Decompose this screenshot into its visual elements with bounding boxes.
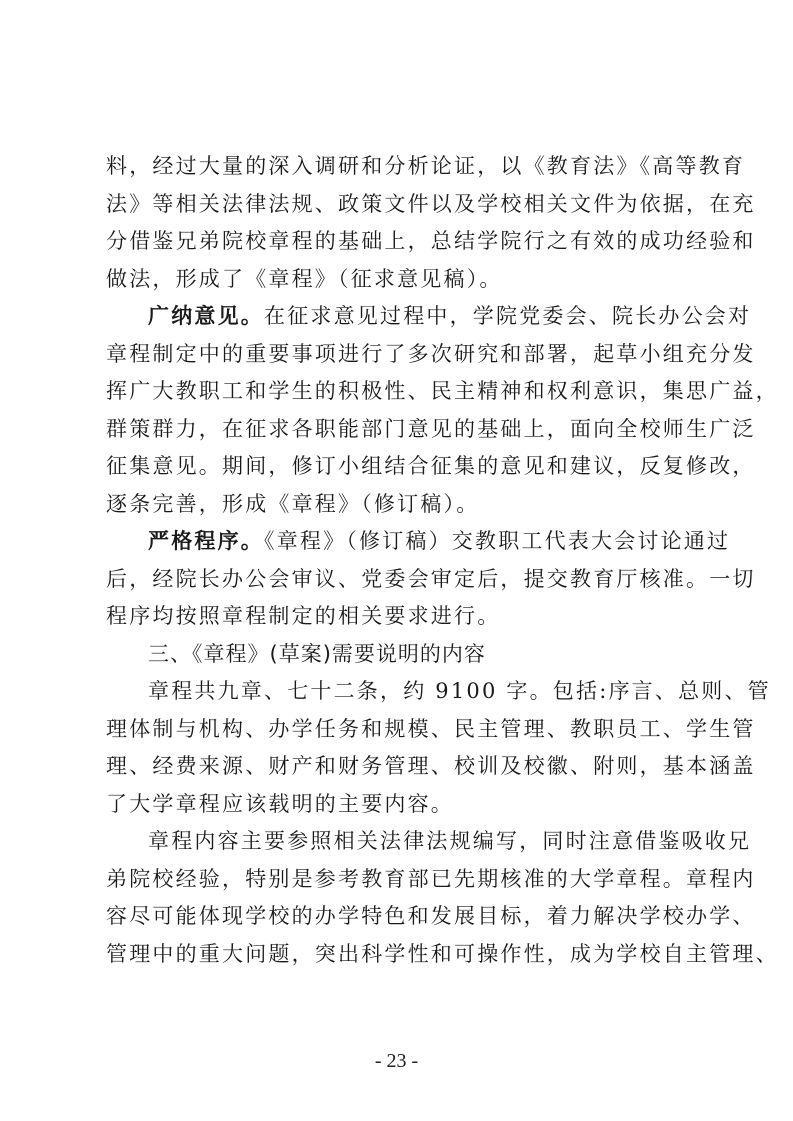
paragraph-line: 章程内容主要参照相关法律法规编写，同时注意借鉴吸收兄 [106,823,688,861]
paragraph-line: 分借鉴兄弟院校章程的基础上，总结学院行之有效的成功经验和 [106,223,688,261]
paragraph-line: 广纳意见。在征求意见过程中，学院党委会、院长办公会对 [106,298,688,336]
paragraph-line: 了大学章程应该载明的主要内容。 [106,786,688,824]
paragraph-line: 挥广大教职工和学生的积极性、民主精神和权利意识，集思广益， [106,373,688,411]
page-number: - 23 - [0,1050,793,1073]
paragraph-line: 逐条完善，形成《章程》（修订稿）。 [106,486,688,524]
paragraph-line: 法》等相关法律法规、政策文件以及学校相关文件为依据，在充 [106,186,688,224]
page-body: 料，经过大量的深入调研和分析论证，以《教育法》《高等教育 法》等相关法律法规、政… [106,148,688,973]
paragraph-line: 料，经过大量的深入调研和分析论证，以《教育法》《高等教育 [106,148,688,186]
paragraph-line: 管理中的重大问题，突出科学性和可操作性，成为学校自主管理、 [106,936,688,974]
paragraph-line: 章程共九章、七十二条，约 9100 字。包括:序言、总则、管 [106,673,688,711]
paragraph-line: 群策群力，在征求各职能部门意见的基础上，面向全校师生广泛 [106,411,688,449]
paragraph-lead: 广纳意见。 [148,304,264,328]
section-heading: 三、《章程》(草案)需要说明的内容 [106,636,688,674]
paragraph-line: 弟院校经验，特别是参考教育部已先期核准的大学章程。章程内 [106,861,688,899]
paragraph-line: 容尽可能体现学校的办学特色和发展目标，着力解决学校办学、 [106,898,688,936]
paragraph-line: 理体制与机构、办学任务和规模、民主管理、教职员工、学生管 [106,711,688,749]
paragraph-line: 理、经费来源、财产和财务管理、校训及校徽、附则，基本涵盖 [106,748,688,786]
paragraph-lead: 严格程序。 [148,529,264,553]
paragraph-line: 程序均按照章程制定的相关要求进行。 [106,598,688,636]
paragraph-line: 做法，形成了《章程》（征求意见稿）。 [106,261,688,299]
paragraph-text: 在征求意见过程中，学院党委会、院长办公会对 [264,304,751,328]
paragraph-line: 章程制定中的重要事项进行了多次研究和部署，起草小组充分发 [106,336,688,374]
paragraph-line: 征集意见。期间，修订小组结合征集的意见和建议，反复修改， [106,448,688,486]
paragraph-text: 《章程》（修订稿）交教职工代表大会讨论通过 [264,529,730,553]
paragraph-line: 严格程序。《章程》（修订稿）交教职工代表大会讨论通过 [106,523,688,561]
paragraph-line: 后，经院长办公会审议、党委会审定后，提交教育厅核准。一切 [106,561,688,599]
